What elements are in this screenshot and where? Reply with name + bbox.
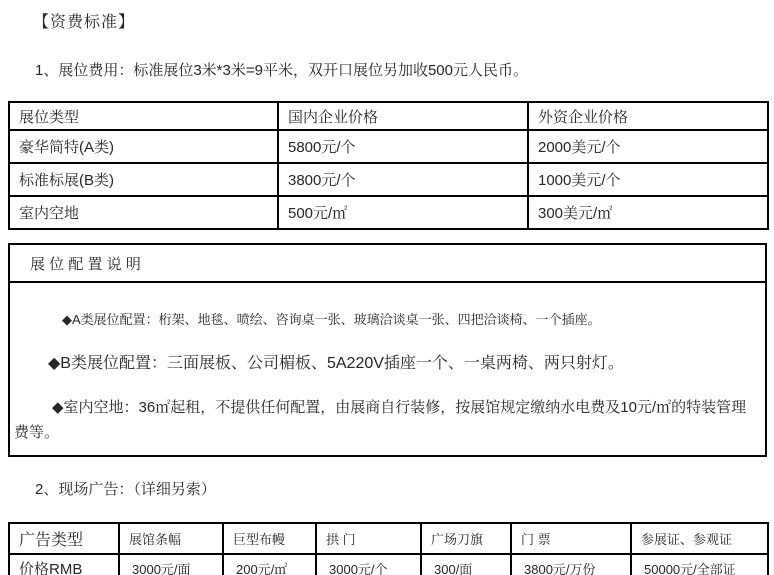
cell-plaza-flag-price: 300/面 bbox=[421, 554, 511, 575]
ad-price-header-row: 广告类型 展馆条幅 巨型布幔 拱 门 广场刀旗 门 票 参展证、参观证 bbox=[9, 523, 768, 554]
column-header-foreign-price: 外资企业价格 bbox=[528, 102, 768, 130]
table-row-booth-a: 豪华简特(A类) 5800元/个 2000美元/个 bbox=[9, 130, 768, 163]
booth-config-body: ◆A类展位配置：桁架、地毯、喷绘、咨询桌一张、玻璃洽谈桌一张、四把洽谈椅、一个插… bbox=[10, 283, 765, 455]
cell-giant-drape-price: 200元/㎡ bbox=[223, 554, 316, 575]
table-row-booth-b: 标准标展(B类) 3800元/个 1000美元/个 bbox=[9, 163, 768, 196]
cell-badges-price: 50000元/全部证 bbox=[631, 554, 768, 575]
fee-standards-document: 【资费标准】 1、展位费用：标准展位3米*3米=9平米，双开口展位另加收500元… bbox=[0, 9, 774, 575]
column-header-ad-type: 广告类型 bbox=[9, 523, 119, 554]
booth-price-header-row: 展位类型 国内企业价格 外资企业价格 bbox=[9, 102, 768, 130]
column-header-giant-drape: 巨型布幔 bbox=[223, 523, 316, 554]
booth-config-box: 展 位 配 置 说 明 ◆A类展位配置：桁架、地毯、喷绘、咨询桌一张、玻璃洽谈桌… bbox=[8, 243, 767, 457]
column-header-hall-banner: 展馆条幅 bbox=[119, 523, 223, 554]
cell-booth-b-foreign: 1000美元/个 bbox=[528, 163, 768, 196]
column-header-badges: 参展证、参观证 bbox=[631, 523, 768, 554]
cell-hall-banner-price: 3000元/面 bbox=[119, 554, 223, 575]
ad-price-table: 广告类型 展馆条幅 巨型布幔 拱 门 广场刀旗 门 票 参展证、参观证 价格RM… bbox=[8, 522, 769, 575]
cell-booth-b-domestic: 3800元/个 bbox=[278, 163, 528, 196]
cell-booth-a-domestic: 5800元/个 bbox=[278, 130, 528, 163]
cell-arch-price: 3000元/个 bbox=[316, 554, 421, 575]
booth-config-item-b: ◆B类展位配置：三面展板、公司楣板、5A220V插座一个、一桌两椅、两只射灯。 bbox=[14, 354, 757, 374]
column-header-domestic-price: 国内企业价格 bbox=[278, 102, 528, 130]
column-header-booth-type: 展位类型 bbox=[9, 102, 278, 130]
page-title: 【资费标准】 bbox=[33, 9, 774, 32]
cell-booth-a-type: 豪华简特(A类) bbox=[9, 130, 278, 163]
section-2-intro: 2、现场广告：（详细另索） bbox=[35, 478, 774, 499]
cell-indoor-type: 室内空地 bbox=[9, 196, 278, 229]
cell-indoor-domestic: 500元/㎡ bbox=[278, 196, 528, 229]
column-header-arch: 拱 门 bbox=[316, 523, 421, 554]
column-header-ticket: 门 票 bbox=[511, 523, 631, 554]
booth-config-item-a: ◆A类展位配置：桁架、地毯、喷绘、咨询桌一张、玻璃洽谈桌一张、四把洽谈椅、一个插… bbox=[14, 311, 757, 328]
cell-booth-a-foreign: 2000美元/个 bbox=[528, 130, 768, 163]
booth-config-title: 展 位 配 置 说 明 bbox=[10, 245, 765, 283]
cell-booth-b-type: 标准标展(B类) bbox=[9, 163, 278, 196]
cell-ticket-price: 3800元/万份 bbox=[511, 554, 631, 575]
ad-price-value-row: 价格RMB 3000元/面 200元/㎡ 3000元/个 300/面 3800元… bbox=[9, 554, 768, 575]
booth-price-table: 展位类型 国内企业价格 外资企业价格 豪华简特(A类) 5800元/个 2000… bbox=[8, 101, 769, 230]
table-row-indoor-space: 室内空地 500元/㎡ 300美元/㎡ bbox=[9, 196, 768, 229]
booth-config-item-c: ◆室内空地：36㎡起租，不提供任何配置，由展商自行装修，按展馆规定缴纳水电费及1… bbox=[14, 395, 757, 445]
cell-price-rmb-label: 价格RMB bbox=[9, 554, 119, 575]
section-1-intro: 1、展位费用：标准展位3米*3米=9平米，双开口展位另加收500元人民币。 bbox=[35, 59, 774, 80]
column-header-plaza-flag: 广场刀旗 bbox=[421, 523, 511, 554]
cell-indoor-foreign: 300美元/㎡ bbox=[528, 196, 768, 229]
